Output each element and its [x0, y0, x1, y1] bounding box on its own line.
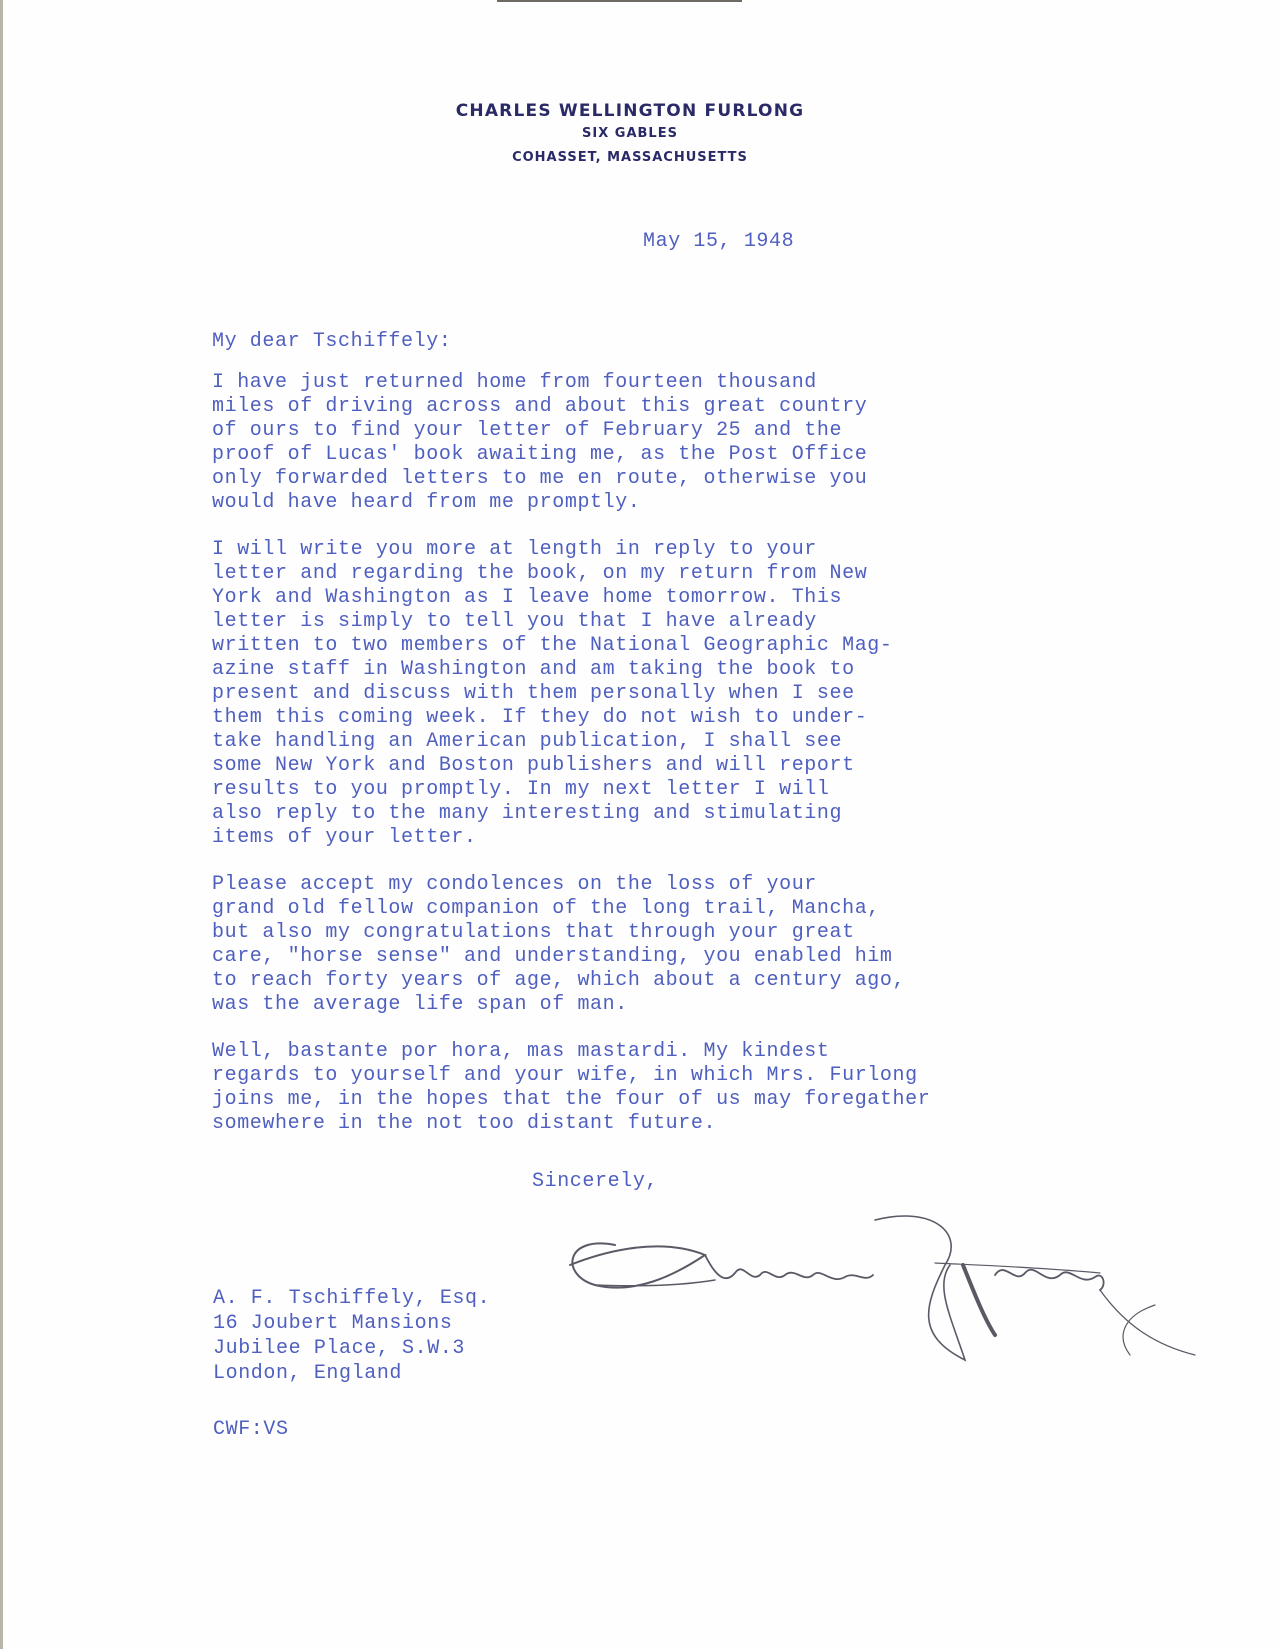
recipient-name: A. F. Tschiffely, Esq. — [213, 1286, 490, 1311]
letterhead-house: SIX GABLES — [380, 122, 880, 146]
recipient-address: A. F. Tschiffely, Esq. 16 Joubert Mansio… — [213, 1286, 490, 1386]
letterhead-town: COHASSET, MASSACHUSETTS — [380, 146, 880, 170]
handwritten-signature — [555, 1195, 1205, 1365]
letterhead-name: CHARLES WELLINGTON FURLONG — [380, 100, 880, 122]
letterhead: CHARLES WELLINGTON FURLONG SIX GABLES CO… — [380, 100, 880, 170]
recipient-street: 16 Joubert Mansions — [213, 1311, 490, 1336]
paragraph: I have just returned home from fourteen … — [212, 371, 1052, 515]
reference-initials: CWF:VS — [213, 1418, 289, 1441]
page-edge — [0, 0, 3, 1649]
paragraph: Please accept my condolences on the loss… — [212, 873, 1052, 1017]
paragraph: I will write you more at length in reply… — [212, 538, 1052, 850]
letter-date: May 15, 1948 — [643, 230, 794, 253]
letter-page: CHARLES WELLINGTON FURLONG SIX GABLES CO… — [0, 0, 1282, 1649]
salutation: My dear Tschiffely: — [212, 330, 451, 353]
recipient-city: London, England — [213, 1361, 490, 1386]
scan-top-bar — [497, 0, 742, 2]
recipient-place: Jubilee Place, S.W.3 — [213, 1336, 490, 1361]
paragraph: Well, bastante por hora, mas mastardi. M… — [212, 1040, 1052, 1136]
closing: Sincerely, — [532, 1170, 658, 1193]
letter-body: I have just returned home from fourteen … — [212, 371, 1052, 1159]
